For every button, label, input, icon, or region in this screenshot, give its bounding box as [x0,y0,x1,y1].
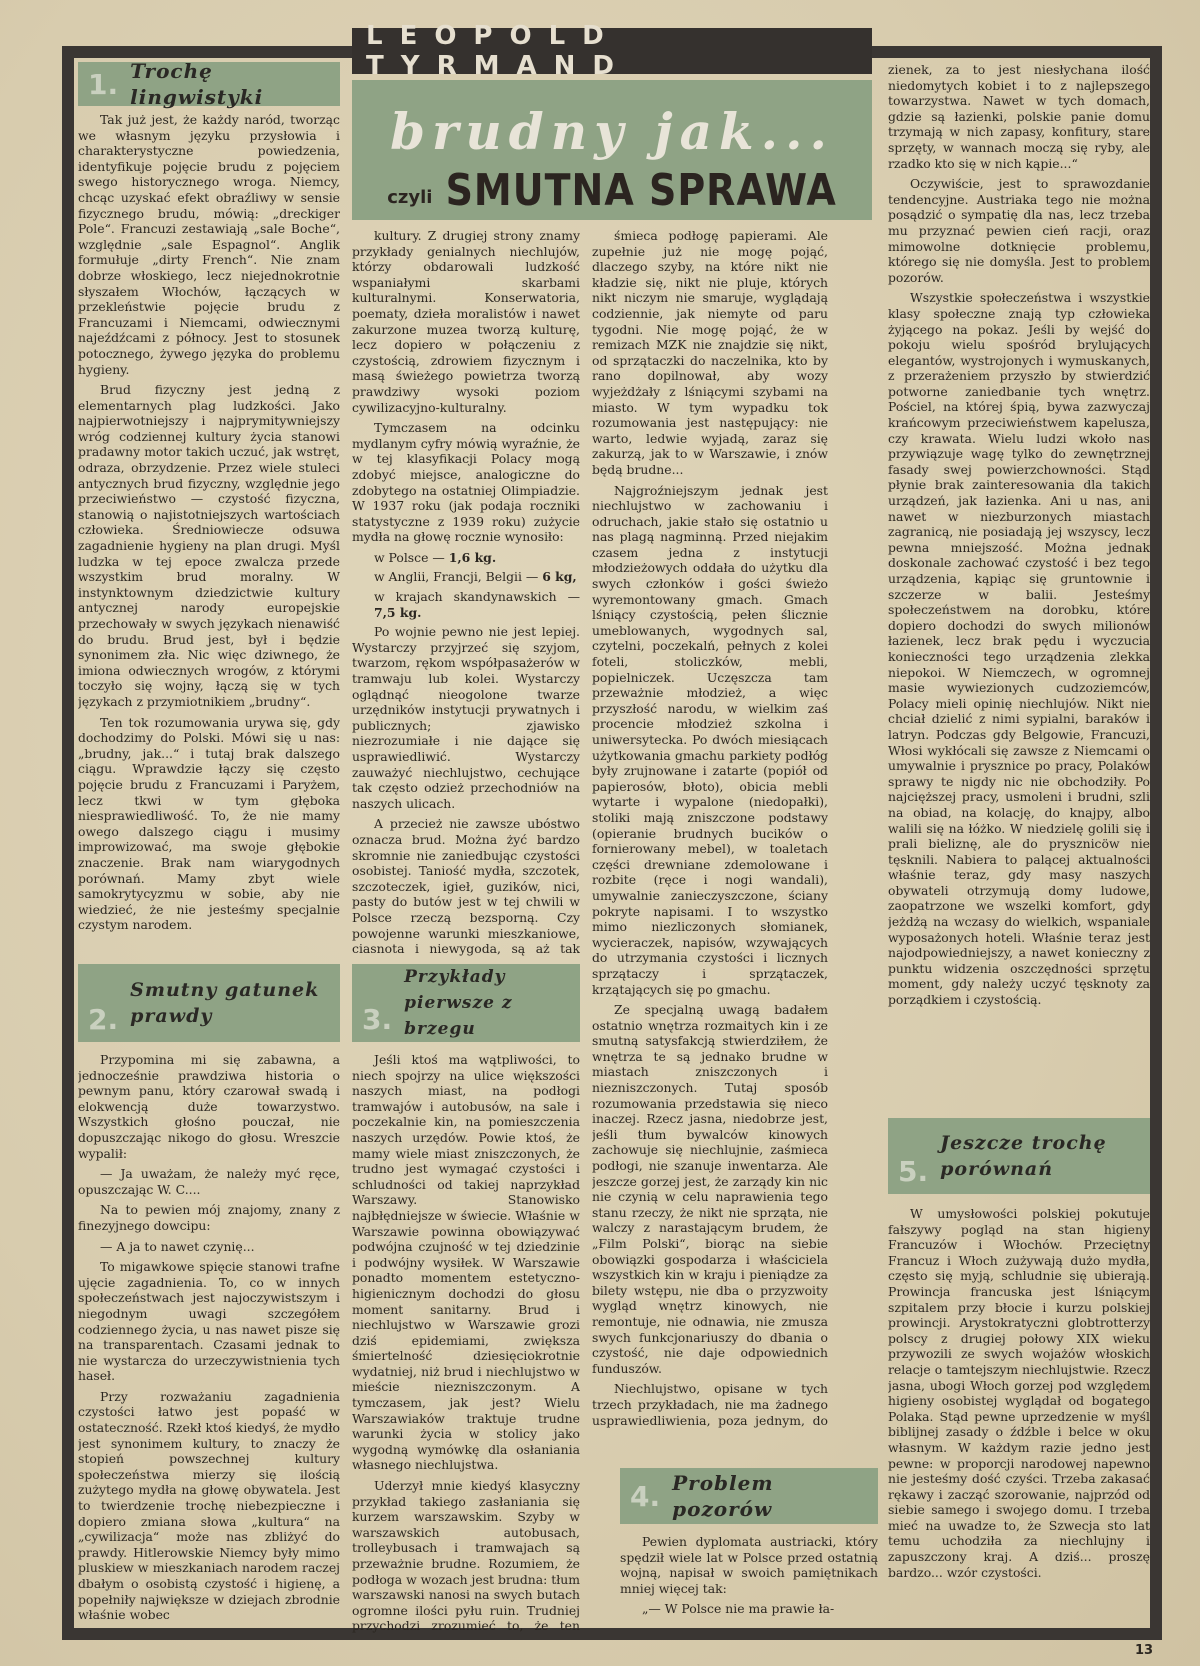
magazine-page: LEOPOLD TYRMAND brudny jak... czyli SMUT… [0,0,1200,1666]
section-title-line: Przykłady [404,964,580,990]
paragraph: Przy rozważaniu zagadnienia czystości ła… [78,1389,340,1623]
section-number: 3. [362,1003,392,1036]
column-1: Tak już jest, że każdy naród, tworząc we… [78,112,340,962]
section-title-line: prawdy [130,1003,319,1029]
paragraph: A przecież nie zawsze ubóstwo oznacza br… [352,816,580,958]
paragraph: kultury. Z drugiej strony znamy przykład… [352,228,580,415]
paragraph: Ze specjalną uwagą badałem ostatnio wnęt… [592,1002,828,1376]
paragraph: To migawkowe spięcie stanowi trafne ujęc… [78,1259,340,1384]
page-number: 13 [1135,1643,1153,1658]
paragraph: Przypomina mi się zabawna, a jednocześni… [78,1052,340,1161]
paragraph: Ten tok rozumowania urywa się, gdy docho… [78,715,340,933]
section-title-line: Smutny gatunek [130,977,319,1003]
column-3-lower: Pewien dyplomata austriacki, który spędz… [620,1534,878,1634]
column-3: śmieca podłogę papierami. Ale zupełnie j… [592,228,828,1428]
paragraph: Na to pewien mój znajomy, znany z finezy… [78,1202,340,1233]
paragraph: Niechlujstwo, opisane w tych trzech przy… [592,1381,828,1428]
stat-line: w krajach skandynawskich — 7,5 kg. [352,589,580,620]
section-title-line: porównań [940,1156,1107,1182]
section-heading-3: 3. Przykłady pierwsze z brzegu [352,964,580,1042]
column-2: kultury. Z drugiej strony znamy przykład… [352,228,580,958]
section-title: Problem pozorów [672,1470,878,1522]
subtitle-prefix: czyli [387,187,432,208]
section-heading-2: 2. Smutny gatunek prawdy [78,964,340,1042]
article-subtitle: czyli SMUTNA SPRAWA [352,168,872,212]
paragraph: Uderzył mnie kiedyś klasyczny przykład t… [352,1478,580,1637]
paragraph: zienek, za to jest niesłychana ilość nie… [888,62,1150,171]
section-title: Trochę lingwistyki [130,58,340,110]
article-title-box: brudny jak... czyli SMUTNA SPRAWA [352,80,872,220]
stat-line: w Polsce — 1,6 kg. [352,550,580,566]
column-1-lower: Przypomina mi się zabawna, a jednocześni… [78,1052,340,1637]
paragraph: śmieca podłogę papierami. Ale zupełnie j… [592,228,828,478]
section-number: 5. [898,1155,928,1188]
section-number: 1. [88,68,118,101]
paragraph: Jeśli ktoś ma wątpliwości, to niech spoj… [352,1052,580,1473]
paragraph: Brud fizyczny jest jedną z elementarnych… [78,382,340,709]
paragraph: Oczywiście, jest to sprawozdanie tendenc… [888,176,1150,285]
section-title: Przykłady pierwsze z brzegu [404,964,580,1042]
stat-line: w Anglii, Francji, Belgii — 6 kg, [352,569,580,585]
section-heading-5: 5. Jeszcze trochę porównań [888,1118,1150,1194]
section-number: 4. [630,1480,660,1513]
section-number: 2. [88,1003,118,1036]
paragraph: Pewien dyplomata austriacki, który spędz… [620,1534,878,1596]
section-heading-4: 4. Problem pozorów [620,1468,878,1524]
section-title-line: pierwsze z brzegu [404,990,580,1042]
paragraph: W umysłowości polskiej pokutuje fałszywy… [888,1206,1150,1580]
paragraph: — A ja to nawet czynię... [78,1239,340,1255]
column-4: zienek, za to jest niesłychana ilość nie… [888,62,1150,1102]
paragraph: Najgroźniejszym jednak jest niechlujstwo… [592,483,828,998]
section-heading-1: 1. Trochę lingwistyki [78,62,340,106]
paragraph: Po wojnie pewno nie jest lepiej. Wystarc… [352,624,580,811]
subtitle-main: SMUTNA SPRAWA [446,165,837,216]
section-title: Jeszcze trochę porównań [940,1130,1107,1182]
paragraph: Tak już jest, że każdy naród, tworząc we… [78,112,340,377]
paragraph: — Ja uważam, że należy myć ręce, opuszcz… [78,1166,340,1197]
article-title: brudny jak... [352,102,872,161]
paragraph: Tymczasem na odcinku mydlanym cyfry mówi… [352,420,580,545]
author-banner: LEOPOLD TYRMAND [352,28,872,74]
section-title-line: Jeszcze trochę [940,1130,1107,1156]
section-title: Smutny gatunek prawdy [130,977,319,1029]
paragraph: Wszystkie społeczeństwa i wszystkie klas… [888,290,1150,1007]
column-4-lower: W umysłowości polskiej pokutuje fałszywy… [888,1206,1150,1636]
paragraph: „— W Polsce nie ma prawie ła- [620,1601,878,1617]
column-2-lower: Jeśli ktoś ma wątpliwości, to niech spoj… [352,1052,580,1637]
